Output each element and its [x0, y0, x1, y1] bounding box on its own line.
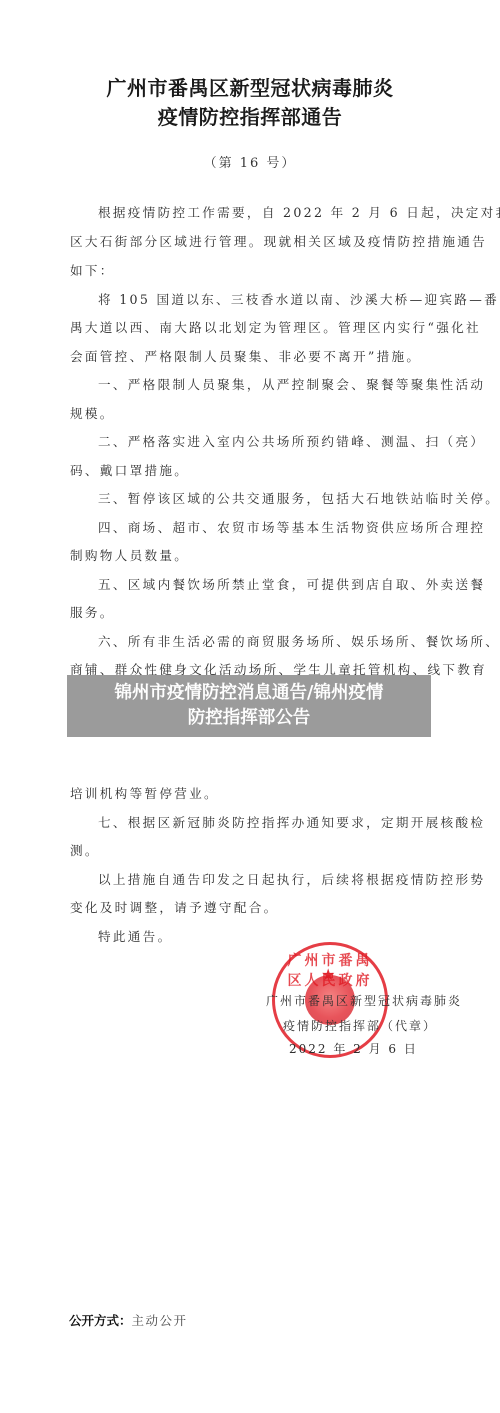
body-line: 如下：: [70, 263, 442, 279]
body-line: 将 105 国道以东、三枝香水道以南、沙溪大桥—迎宾路—番: [98, 292, 442, 308]
body-line: 七、根据区新冠肺炎防控指挥办通知要求，定期开展核酸检: [98, 815, 442, 831]
body-line: 三、暂停该区域的公共交通服务，包括大石地铁站临时关停。: [98, 491, 442, 507]
body-line: 制购物人员数量。: [70, 548, 442, 564]
overlay-title-text: 锦州市疫情防控消息通告/锦州疫情 防控指挥部公告: [67, 681, 431, 731]
body-line: 区大石街部分区域进行管理。现就相关区域及疫情防控措施通告: [70, 234, 442, 250]
overlay-title-line2: 防控指挥部公告: [67, 706, 431, 731]
document-title-line1: 广州市番禺区新型冠状病毒肺炎: [0, 72, 500, 101]
body-line: 规模。: [70, 406, 442, 422]
body-line: 四、商场、超市、农贸市场等基本生活物资供应场所合理控: [98, 520, 442, 536]
body-line: 六、所有非生活必需的商贸服务场所、娱乐场所、餐饮场所、: [98, 634, 442, 650]
body-line: 根据疫情防控工作需要，自 2022 年 2 月 6 日起，决定对我: [98, 205, 442, 221]
body-line: 会面管控、严格限制人员聚集、非必要不离开”措施。: [70, 349, 442, 365]
body-line: 码、戴口罩措施。: [70, 463, 442, 479]
overlay-title-banner: 锦州市疫情防控消息通告/锦州疫情 防控指挥部公告: [67, 675, 431, 737]
body-line: 测。: [70, 843, 442, 859]
body-line: 五、区域内餐饮场所禁止堂食，可提供到店自取、外卖送餐: [98, 577, 442, 593]
body-line: 培训机构等暂停营业。: [70, 786, 442, 802]
body-line: 以上措施自通告印发之日起执行，后续将根据疫情防控形势: [98, 872, 442, 888]
body-line: 一、严格限制人员聚集，从严控制聚会、聚餐等聚集性活动: [98, 377, 442, 393]
signature-date: 2022 年 2 月 6 日: [289, 1040, 418, 1057]
body-line: 特此通告。: [98, 929, 442, 945]
notice-document: 广州市番禺区新型冠状病毒肺炎 疫情防控指挥部通告 （第 16 号） 根据疫情防控…: [0, 0, 500, 1413]
disclosure-info: 公开方式：主动公开: [69, 1311, 188, 1329]
document-title-line2: 疫情防控指挥部通告: [0, 101, 500, 130]
issue-number: （第 16 号）: [0, 152, 500, 171]
stamp-text: 广州市番禺区人民政府: [283, 950, 377, 990]
disclosure-value: 主动公开: [132, 1313, 188, 1328]
body-line: 禺大道以西、南大路以北划定为管理区。管理区内实行“强化社: [70, 320, 442, 336]
body-line: 变化及时调整，请予遵守配合。: [70, 900, 442, 916]
overlay-title-line1: 锦州市疫情防控消息通告/锦州疫情: [67, 681, 431, 706]
body-line: 二、严格落实进入室内公共场所预约错峰、测温、扫（亮）: [98, 434, 442, 450]
disclosure-label: 公开方式：: [69, 1313, 132, 1328]
body-line: 服务。: [70, 605, 442, 621]
signature-org-line2: 疫情防控指挥部（代章）: [283, 1017, 437, 1034]
signature-org-line1: 广州市番禺区新型冠状病毒肺炎: [266, 992, 462, 1009]
